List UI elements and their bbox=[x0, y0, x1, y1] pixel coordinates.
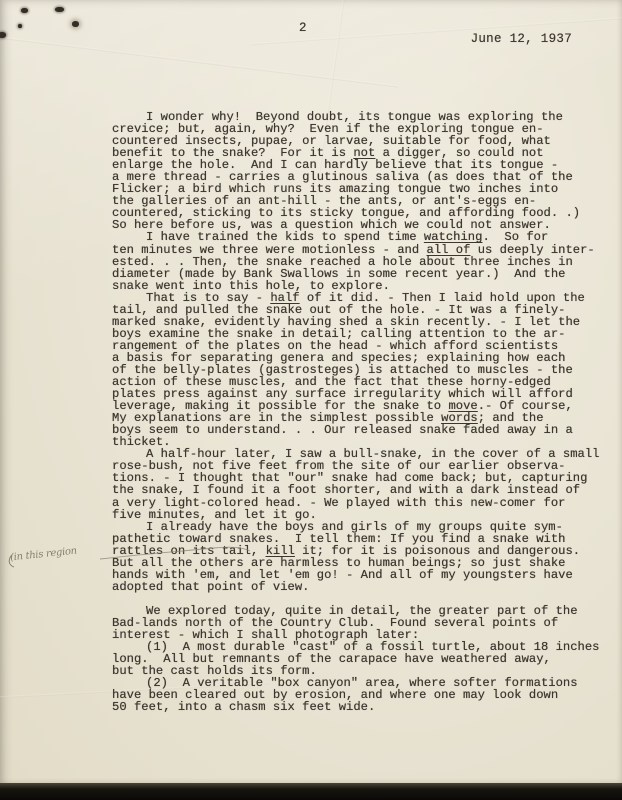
page-number: 2 bbox=[299, 21, 307, 35]
staple-mark bbox=[55, 7, 64, 12]
text-line: ested. . . Then, the snake reached a hol… bbox=[112, 256, 599, 268]
text-line: adopted that point of view. bbox=[112, 581, 599, 593]
text-line: boys seem to understand. . . Our release… bbox=[112, 424, 599, 436]
scanned-page: 2 June 12, 1937 I wonder why! Beyond dou… bbox=[0, 0, 622, 787]
text-line: I have trained the kids to spend time wa… bbox=[112, 231, 599, 243]
text-line: rattles on its tail, kill it; for it is … bbox=[112, 545, 599, 557]
text-line: But all the others are harmless to human… bbox=[112, 557, 599, 569]
staple-mark bbox=[0, 32, 6, 38]
paragraph: A half-hour later, I saw a bull-snake, i… bbox=[112, 448, 599, 520]
text-line: That is to say - half of it did. - Then … bbox=[112, 292, 599, 304]
paragraph: (1) A most durable "cast" of a fossil tu… bbox=[112, 641, 599, 677]
paragraph: I wonder why! Beyond doubt, its tongue w… bbox=[112, 111, 599, 231]
paragraph: We explored today, quite in detail, the … bbox=[112, 605, 599, 641]
text-line: I already have the boys and girls of my … bbox=[112, 521, 599, 533]
staple-mark bbox=[72, 21, 79, 27]
scan-bottom-edge bbox=[0, 783, 622, 800]
text-line: five minutes, and let it go. bbox=[112, 509, 599, 521]
text-line: 50 feet, into a chasm six feet wide. bbox=[112, 701, 599, 713]
paper-crease bbox=[0, 34, 399, 87]
paragraph: That is to say - half of it did. - Then … bbox=[112, 292, 599, 449]
text-line: the snake, I found it a foot shorter, an… bbox=[112, 484, 599, 496]
text-line: a very light-colored head. - We played w… bbox=[112, 497, 599, 509]
text-line: snake went into this hole, to explore. bbox=[112, 280, 599, 292]
paragraph: (2) A veritable "box canyon" area, where… bbox=[112, 677, 599, 713]
text-line: diameter (made by Bank Swallows in some … bbox=[112, 268, 599, 280]
staple-mark bbox=[21, 8, 28, 13]
text-line: tail, and pulled the snake out of the ho… bbox=[112, 304, 599, 316]
text-line: ten minutes we three were motionless - a… bbox=[112, 244, 599, 256]
text-line: pathetic toward snakes. I tell them: If … bbox=[112, 533, 599, 545]
paragraph: I have trained the kids to spend time wa… bbox=[112, 231, 599, 291]
handwritten-note-text: (in this region bbox=[10, 546, 78, 564]
paragraph: I already have the boys and girls of my … bbox=[112, 521, 599, 593]
date: June 12, 1937 bbox=[471, 32, 572, 46]
document-body: I wonder why! Beyond doubt, its tongue w… bbox=[112, 111, 599, 713]
staple-mark bbox=[18, 24, 22, 28]
